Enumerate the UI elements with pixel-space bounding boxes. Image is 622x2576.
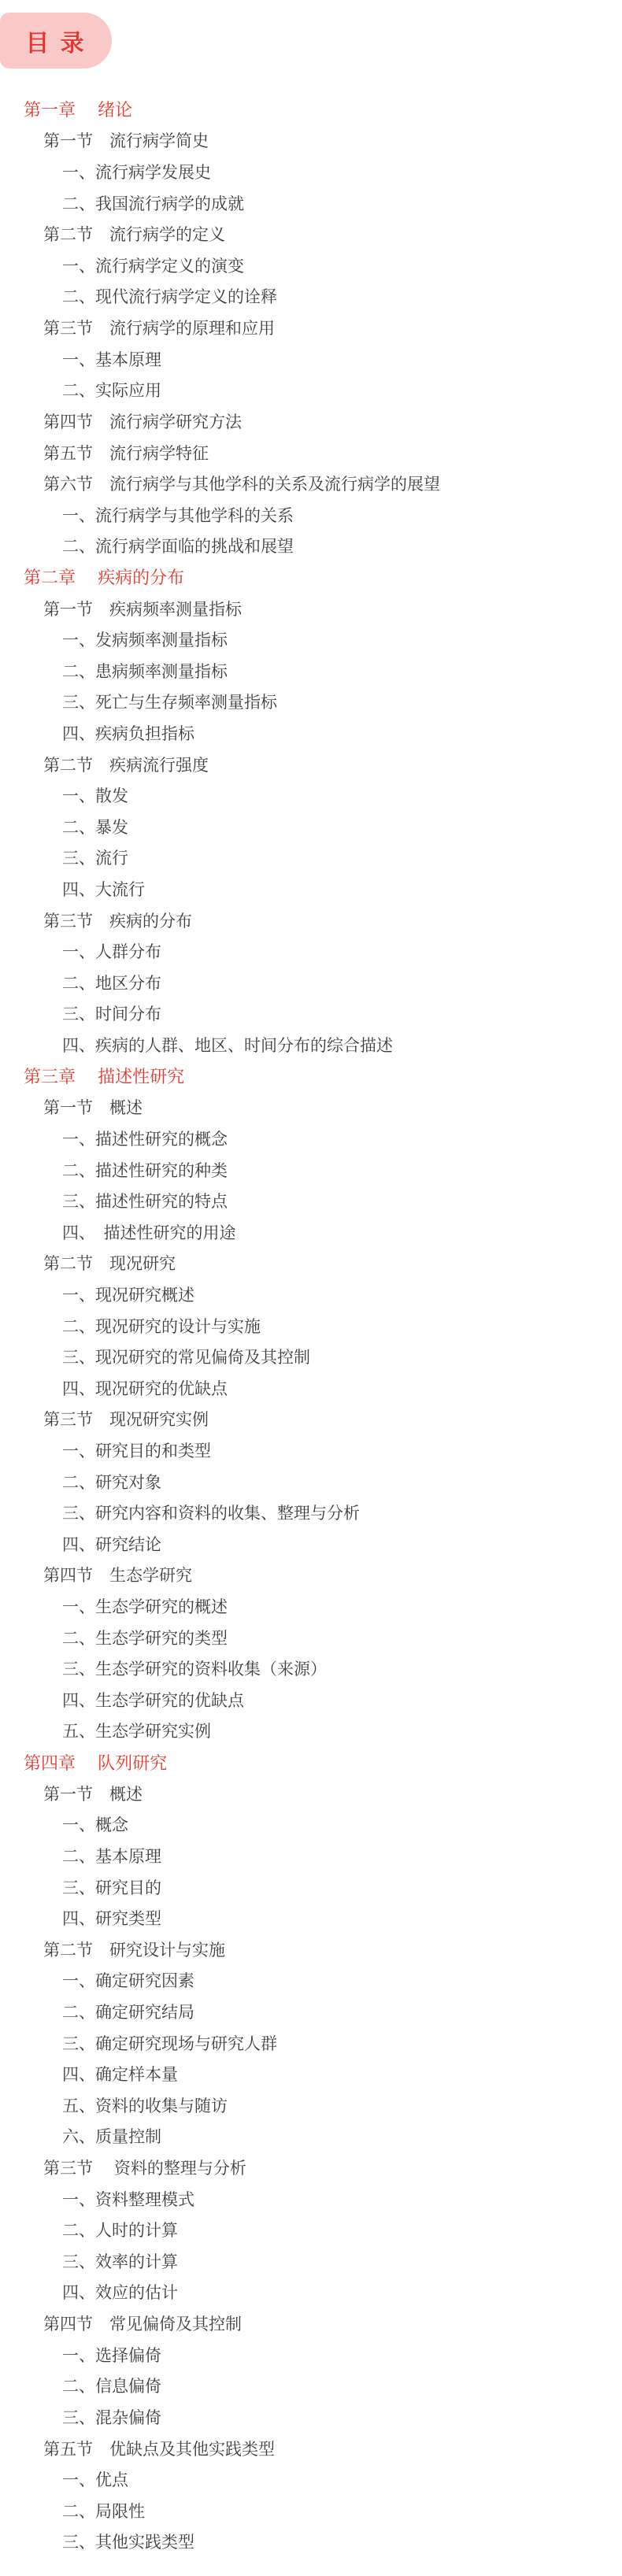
item-line: 一、确定研究因素: [0, 1965, 622, 1997]
item-line: 二、生态学研究的类型: [0, 1622, 622, 1653]
page-title: 目 录: [25, 24, 86, 58]
section-line: 第四节 常见偏倚及其控制: [0, 2308, 622, 2339]
item-line: 四、生态学研究的优缺点: [0, 1684, 622, 1715]
item-line: 一、基本原理: [0, 343, 622, 375]
item-line: 三、研究内容和资料的收集、整理与分析: [0, 1497, 622, 1528]
item-line: 二、局限性: [0, 2495, 622, 2526]
item-line: 三、其他实践类型: [0, 2526, 622, 2558]
item-line: 二、地区分布: [0, 967, 622, 998]
item-line: 二、我国流行病学的成就: [0, 187, 622, 219]
item-line: 二、描述性研究的种类: [0, 1154, 622, 1186]
item-line: 四、研究类型: [0, 1902, 622, 1934]
item-line: 一、发病频率测量指标: [0, 624, 622, 655]
item-line: 三、现况研究的常见偏倚及其控制: [0, 1341, 622, 1372]
item-line: 二、人时的计算: [0, 2214, 622, 2245]
item-line: 三、死亡与生存频率测量指标: [0, 687, 622, 718]
section-line: 第五节 流行病学特征: [0, 437, 622, 468]
item-line: 三、效率的计算: [0, 2245, 622, 2277]
chapter-line: 第二章 疾病的分布: [0, 561, 622, 593]
item-line: 一、选择偏倚: [0, 2339, 622, 2371]
section-line: 第四节 流行病学研究方法: [0, 405, 622, 437]
item-line: 二、确定研究结局: [0, 1996, 622, 2027]
item-line: 一、人群分布: [0, 935, 622, 967]
section-line: 第三节 资料的整理与分析: [0, 2152, 622, 2183]
chapter-line: 第三章 描述性研究: [0, 1060, 622, 1092]
item-line: 三、生态学研究的资料收集（来源）: [0, 1653, 622, 1684]
section-line: 第一节 流行病学简史: [0, 125, 622, 157]
item-line: 一、优点: [0, 2463, 622, 2495]
section-line: 第一节 疾病频率测量指标: [0, 593, 622, 624]
item-line: 一、流行病学与其他学科的关系: [0, 499, 622, 531]
item-line: 二、现代流行病学定义的诠释: [0, 281, 622, 313]
item-line: 六、质量控制: [0, 2121, 622, 2152]
section-line: 第三节 现况研究实例: [0, 1404, 622, 1435]
section-line: 第四节 生态学研究: [0, 1560, 622, 1591]
item-line: 三、时间分布: [0, 998, 622, 1030]
section-line: 第一节 概述: [0, 1778, 622, 1809]
chapter-line: 第一章 绪论: [0, 94, 622, 125]
section-line: 第六节 流行病学与其他学科的关系及流行病学的展望: [0, 468, 622, 499]
section-line: 第二节 疾病流行强度: [0, 749, 622, 780]
section-line: 第三节 流行病学的原理和应用: [0, 312, 622, 343]
item-line: 一、概念: [0, 1809, 622, 1841]
item-line: 五、资料的收集与随访: [0, 2089, 622, 2121]
item-line: 二、患病频率测量指标: [0, 655, 622, 687]
item-line: 四、大流行: [0, 873, 622, 905]
item-line: 一、描述性研究的概念: [0, 1123, 622, 1154]
toc-header-pill: 目 录: [0, 13, 112, 68]
item-line: 三、混杂偏倚: [0, 2401, 622, 2433]
item-line: 三、研究目的: [0, 1871, 622, 1903]
item-line: 一、研究目的和类型: [0, 1434, 622, 1466]
item-line: 四、研究结论: [0, 1528, 622, 1560]
item-line: 三、描述性研究的特点: [0, 1185, 622, 1216]
item-line: 一、生态学研究的概述: [0, 1590, 622, 1622]
section-line: 第三节 疾病的分布: [0, 905, 622, 936]
section-line: 第一节 概述: [0, 1092, 622, 1123]
item-line: 一、流行病学发展史: [0, 156, 622, 187]
item-line: 一、资料整理模式: [0, 2183, 622, 2215]
item-line: 三、流行: [0, 842, 622, 874]
item-line: 二、基本原理: [0, 1840, 622, 1871]
item-line: 二、暴发: [0, 811, 622, 842]
item-line: 四、 描述性研究的用途: [0, 1216, 622, 1248]
item-line: 二、现况研究的设计与实施: [0, 1310, 622, 1342]
item-line: 二、信息偏倚: [0, 2370, 622, 2401]
item-line: 一、流行病学定义的演变: [0, 250, 622, 281]
section-line: 第二节 现况研究: [0, 1248, 622, 1279]
item-line: 四、疾病负担指标: [0, 717, 622, 749]
item-line: 四、现况研究的优缺点: [0, 1372, 622, 1404]
item-line: 一、散发: [0, 779, 622, 811]
item-line: 四、疾病的人群、地区、时间分布的综合描述: [0, 1029, 622, 1060]
item-line: 四、确定样本量: [0, 2058, 622, 2089]
item-line: 二、流行病学面临的挑战和展望: [0, 531, 622, 562]
section-line: 第二节 研究设计与实施: [0, 1934, 622, 1965]
toc-list: 第一章 绪论第一节 流行病学简史一、流行病学发展史二、我国流行病学的成就第二节 …: [0, 94, 622, 2557]
chapter-line: 第四章 队列研究: [0, 1746, 622, 1778]
item-line: 二、研究对象: [0, 1466, 622, 1497]
item-line: 五、生态学研究实例: [0, 1715, 622, 1747]
section-line: 第二节 流行病学的定义: [0, 218, 622, 250]
item-line: 四、效应的估计: [0, 2277, 622, 2308]
item-line: 一、现况研究概述: [0, 1279, 622, 1310]
section-line: 第五节 优缺点及其他实践类型: [0, 2433, 622, 2464]
item-line: 三、确定研究现场与研究人群: [0, 2027, 622, 2059]
item-line: 二、实际应用: [0, 374, 622, 405]
